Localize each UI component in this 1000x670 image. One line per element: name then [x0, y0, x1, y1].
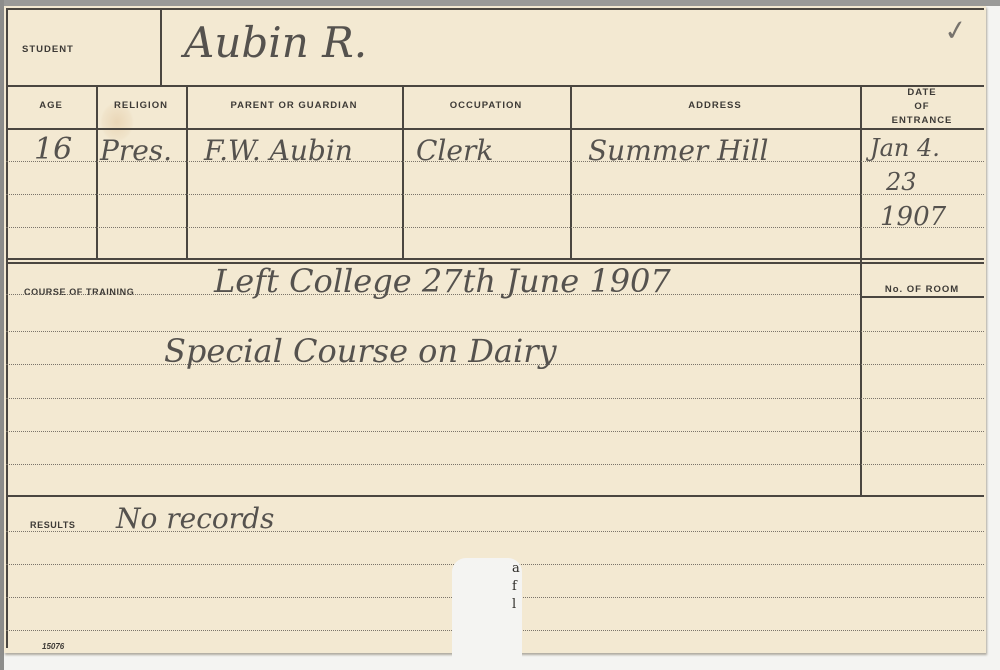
- date-value-line1: Jan 4.: [870, 134, 940, 162]
- course-rule-5: [6, 431, 984, 432]
- notch-letter-1: a: [512, 560, 524, 578]
- course-rule-4: [6, 398, 984, 399]
- room-label-rule: [860, 296, 984, 298]
- results-label: RESULTS: [30, 518, 76, 532]
- col-header-date-line3: ENTRANCE: [860, 114, 984, 128]
- section-rule-top: [6, 258, 984, 260]
- course-line-1: Left College 27th June 1907: [214, 262, 671, 300]
- col-header-occupation: OCCUPATION: [402, 99, 570, 113]
- student-label-divider: [160, 8, 162, 85]
- results-rule-1: [6, 531, 984, 532]
- header-top-rule: [6, 85, 984, 87]
- card-notch-neck: [470, 600, 506, 670]
- col-header-date-line2: OF: [860, 100, 984, 114]
- religion-value: Pres.: [100, 134, 172, 167]
- student-name-value: Aubin R.: [184, 18, 367, 67]
- check-mark-icon: ✓: [942, 13, 970, 49]
- occupation-value: Clerk: [416, 134, 493, 167]
- student-record-card: STUDENT Aubin R. ✓ AGE RELIGION PARENT O…: [4, 6, 986, 653]
- row-rule-2: [6, 194, 984, 195]
- row-rule-3: [6, 227, 984, 228]
- course-label: COURSE OF TRAINING: [24, 285, 134, 299]
- notch-letter-3: l: [512, 596, 524, 614]
- address-value: Summer Hill: [588, 134, 768, 167]
- date-value-line2: 23: [886, 168, 917, 196]
- notch-letter-2: f: [512, 578, 524, 596]
- card-border-top: [6, 8, 984, 10]
- header-bottom-rule: [6, 128, 984, 130]
- col-header-date-line1: DATE: [860, 86, 984, 100]
- course-rule-6: [6, 464, 984, 465]
- col-header-date: DATE OF ENTRANCE: [860, 86, 984, 128]
- course-line-2: Special Course on Dairy: [164, 332, 557, 370]
- col-header-age: AGE: [6, 99, 96, 113]
- col-header-address: ADDRESS: [570, 99, 860, 113]
- col-header-parent: PARENT OR GUARDIAN: [186, 99, 402, 113]
- parent-value: F.W. Aubin: [204, 134, 353, 167]
- notch-underlying-print: a f l: [512, 560, 524, 614]
- age-value: 16: [34, 132, 72, 167]
- date-value-line3: 1907: [880, 202, 946, 232]
- student-label: STUDENT: [22, 43, 74, 57]
- col-header-religion: RELIGION: [96, 99, 186, 113]
- room-label: No. OF ROOM: [860, 283, 984, 297]
- results-top-rule: [6, 495, 984, 497]
- form-number: 15076: [42, 642, 64, 651]
